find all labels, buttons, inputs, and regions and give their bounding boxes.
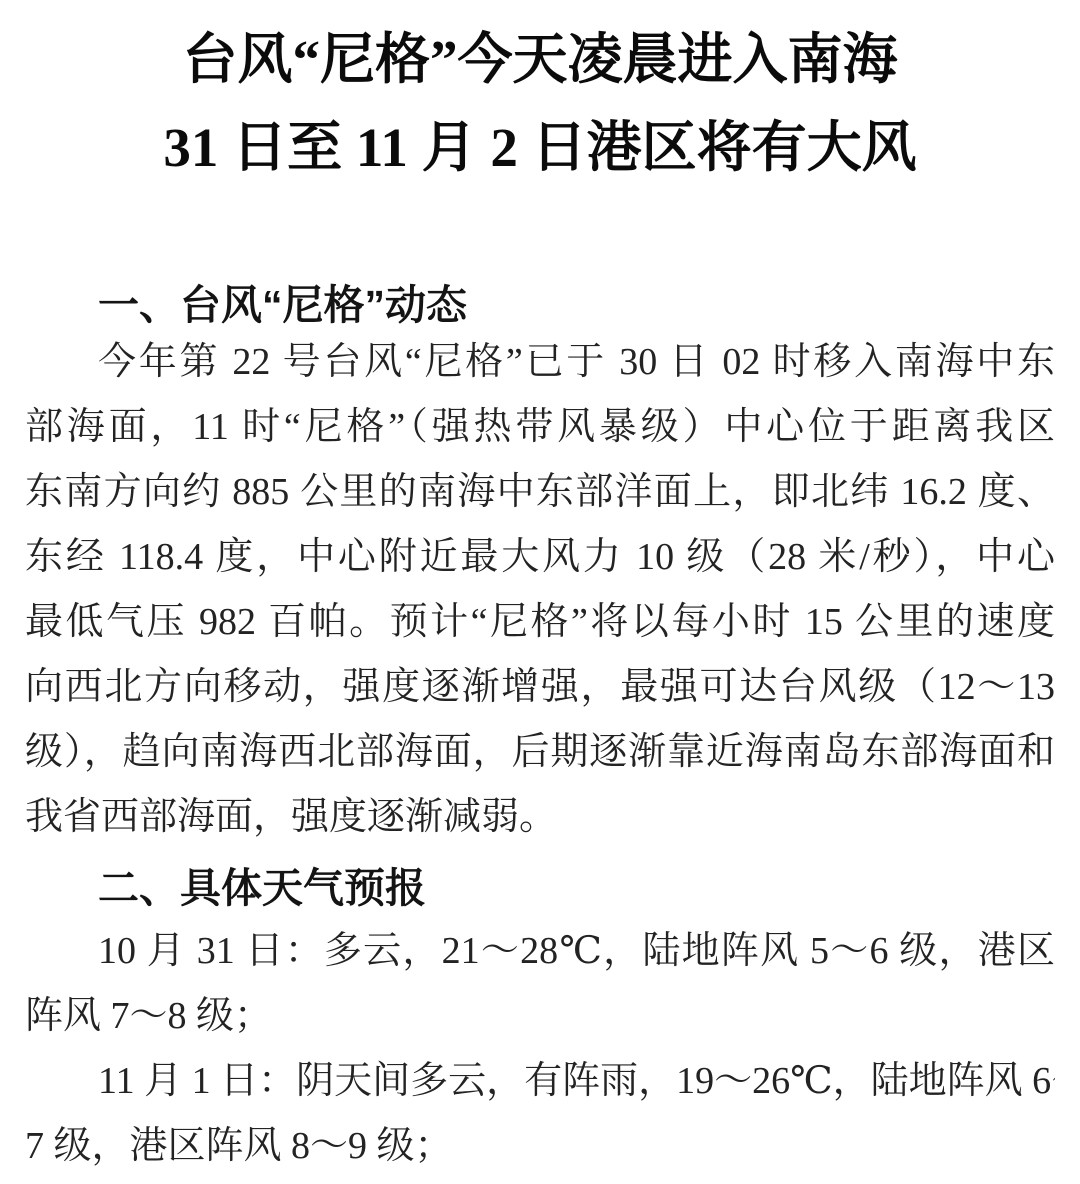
typhoon-dynamics-paragraph: 今年第 22 号台风“尼格”已于 30 日 02 时移入南海中东 部海面，11 …	[25, 330, 1055, 850]
paragraph-line: 今年第 22 号台风“尼格”已于 30 日 02 时移入南海中东	[25, 330, 1055, 395]
paragraph-line: 东经 118.4 度，中心附近最大风力 10 级（28 米/秒），中心	[25, 525, 1055, 590]
paragraph-line: 11 月 1 日：阴天间多云，有阵雨，19～26℃，陆地阵风 6～	[25, 1049, 1055, 1114]
paragraph-line: 最低气压 982 百帕。预计“尼格”将以每小时 15 公里的速度	[25, 590, 1055, 655]
paragraph-line: 部海面，11 时“尼格”（强热带风暴级）中心位于距离我区	[25, 395, 1055, 460]
paragraph-line: 级），趋向南海西北部海面，后期逐渐靠近海南岛东部海面和	[25, 720, 1055, 785]
paragraph-line: 阵风 7～8 级；	[25, 984, 1055, 1049]
section-weather-forecast: 二、具体天气预报 10 月 31 日：多云，21～28℃，陆地阵风 5～6 级，…	[25, 867, 1055, 1179]
forecast-oct-31-paragraph: 10 月 31 日：多云，21～28℃，陆地阵风 5～6 级，港区 阵风 7～8…	[25, 919, 1055, 1049]
paragraph-line: 东南方向约 885 公里的南海中东部洋面上，即北纬 16.2 度、	[25, 460, 1055, 525]
forecast-nov-1-paragraph: 11 月 1 日：阴天间多云，有阵雨，19～26℃，陆地阵风 6～ 7 级，港区…	[25, 1049, 1055, 1179]
title-line-2: 31 日至 11 月 2 日港区将有大风	[25, 104, 1055, 192]
paragraph-line: 7 级，港区阵风 8～9 级；	[25, 1114, 1055, 1179]
section-typhoon-dynamics: 一、台风“尼格”动态 今年第 22 号台风“尼格”已于 30 日 02 时移入南…	[25, 284, 1055, 850]
section-1-heading: 一、台风“尼格”动态	[98, 284, 1055, 326]
title-line-1: 台风“尼格”今天凌晨进入南海	[25, 16, 1055, 104]
section-2-heading: 二、具体天气预报	[98, 867, 1055, 909]
document-page: { "page": { "background": "#ffffff", "ti…	[0, 0, 1080, 1184]
paragraph-line: 向西北方向移动，强度逐渐增强，最强可达台风级（12～13	[25, 655, 1055, 720]
paragraph-line: 10 月 31 日：多云，21～28℃，陆地阵风 5～6 级，港区	[25, 919, 1055, 984]
paragraph-line: 我省西部海面，强度逐渐减弱。	[25, 785, 1055, 850]
typhoon-weather-bulletin: 台风“尼格”今天凌晨进入南海 31 日至 11 月 2 日港区将有大风 一、台风…	[0, 0, 1080, 1184]
document-title: 台风“尼格”今天凌晨进入南海 31 日至 11 月 2 日港区将有大风	[25, 16, 1055, 192]
